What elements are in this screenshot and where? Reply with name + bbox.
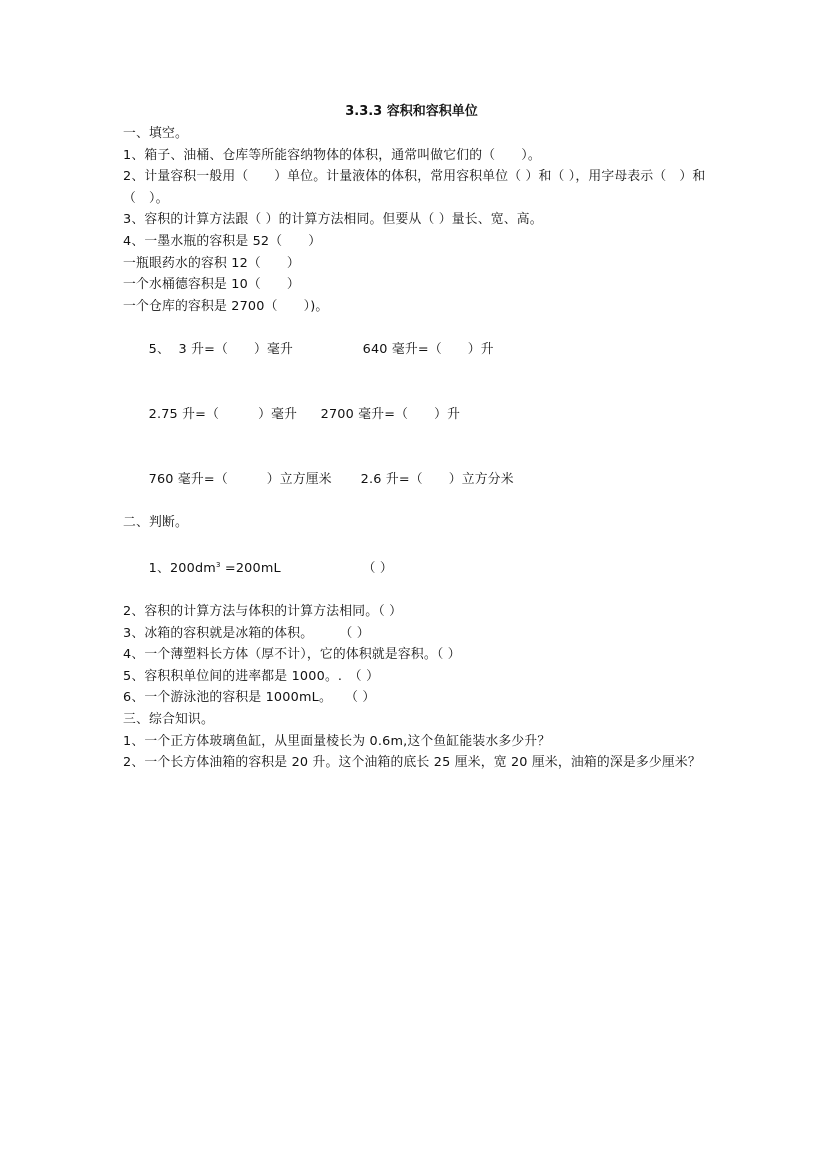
answer-blank: （ ） (363, 561, 393, 576)
question-item: 2、计量容积一般用（ ）单位。计量液体的体积，常用容积单位（ ）和（ ），用字母… (123, 166, 708, 209)
question-item: 2、容积的计算方法与体积的计算方法相同。（ ） (123, 601, 708, 623)
section-comprehensive: 三、综合知识。 1、一个正方体玻璃鱼缸，从里面量棱长为 0.6m,这个鱼缸能装水… (123, 709, 708, 774)
worksheet-page: 3.3.3 容积和容积单位 一、填空。 1、箱子、油桶、仓库等所能容纳物体的体积… (123, 101, 708, 774)
question-item: 3、冰箱的容积就是冰箱的体积。 （ ） (123, 623, 708, 645)
question-item: 3、容积的计算方法跟（ ）的计算方法相同。但要从（ ）量长、宽、高。 (123, 209, 708, 231)
question-item: 4、一墨水瓶的容积是 52（ ） (123, 231, 708, 253)
judge-statement: 1、200dm3 =200mL (149, 555, 363, 580)
question-item: 6、一个游泳池的容积是 1000mL。 （ ） (123, 687, 708, 709)
question-item: 一个仓库的容积是 2700（ ）)。 (123, 296, 708, 318)
section-judge: 二、判断。 1、200dm3 =200mL（ ） 2、容积的计算方法与体积的计算… (123, 512, 708, 709)
conversion-right: 640 毫升=（ ）升 (363, 342, 494, 357)
worksheet-title: 3.3.3 容积和容积单位 (115, 101, 708, 123)
conversion-right: 2700 毫升=（ ）升 (321, 407, 461, 422)
conversion-row: 5、 3 升=（ ）毫升640 毫升=（ ）升 (123, 317, 708, 382)
section-fill-blank: 一、填空。 1、箱子、油桶、仓库等所能容纳物体的体积，通常叫做它们的（ ）。 2… (123, 123, 708, 512)
conversion-right: 2.6 升=（ ）立方分米 (361, 472, 514, 487)
question-item: 5、容积积单位间的进率都是 1000。. （ ） (123, 666, 708, 688)
question-item: 1、一个正方体玻璃鱼缸，从里面量棱长为 0.6m,这个鱼缸能装水多少升？ (123, 731, 708, 753)
question-item: 2、一个长方体油箱的容积是 20 升。这个油箱的底长 25 厘米，宽 20 厘米… (123, 752, 708, 774)
section-heading: 一、填空。 (123, 123, 708, 145)
question-item: 一瓶眼药水的容积 12（ ） (123, 253, 708, 275)
judge-text: 1、200dm (149, 561, 216, 576)
conversion-left: 760 毫升=（ ）立方厘米 (149, 469, 361, 491)
section-heading: 三、综合知识。 (123, 709, 708, 731)
judge-text: =200mL (221, 561, 281, 576)
conversion-row: 760 毫升=（ ）立方厘米2.6 升=（ ）立方分米 (123, 447, 708, 512)
conversion-left: 2.75 升=（ ）毫升 (149, 404, 321, 426)
question-item: 1、200dm3 =200mL（ ） (123, 533, 708, 601)
question-item: 1、箱子、油桶、仓库等所能容纳物体的体积，通常叫做它们的（ ）。 (123, 145, 708, 167)
section-heading: 二、判断。 (123, 512, 708, 534)
question-item: 一个水桶德容积是 10（ ） (123, 274, 708, 296)
question-item: 4、一个薄塑料长方体（厚不计），它的体积就是容积。（ ） (123, 644, 708, 666)
conversion-left: 5、 3 升=（ ）毫升 (149, 339, 363, 361)
conversion-row: 2.75 升=（ ）毫升2700 毫升=（ ）升 (123, 382, 708, 447)
